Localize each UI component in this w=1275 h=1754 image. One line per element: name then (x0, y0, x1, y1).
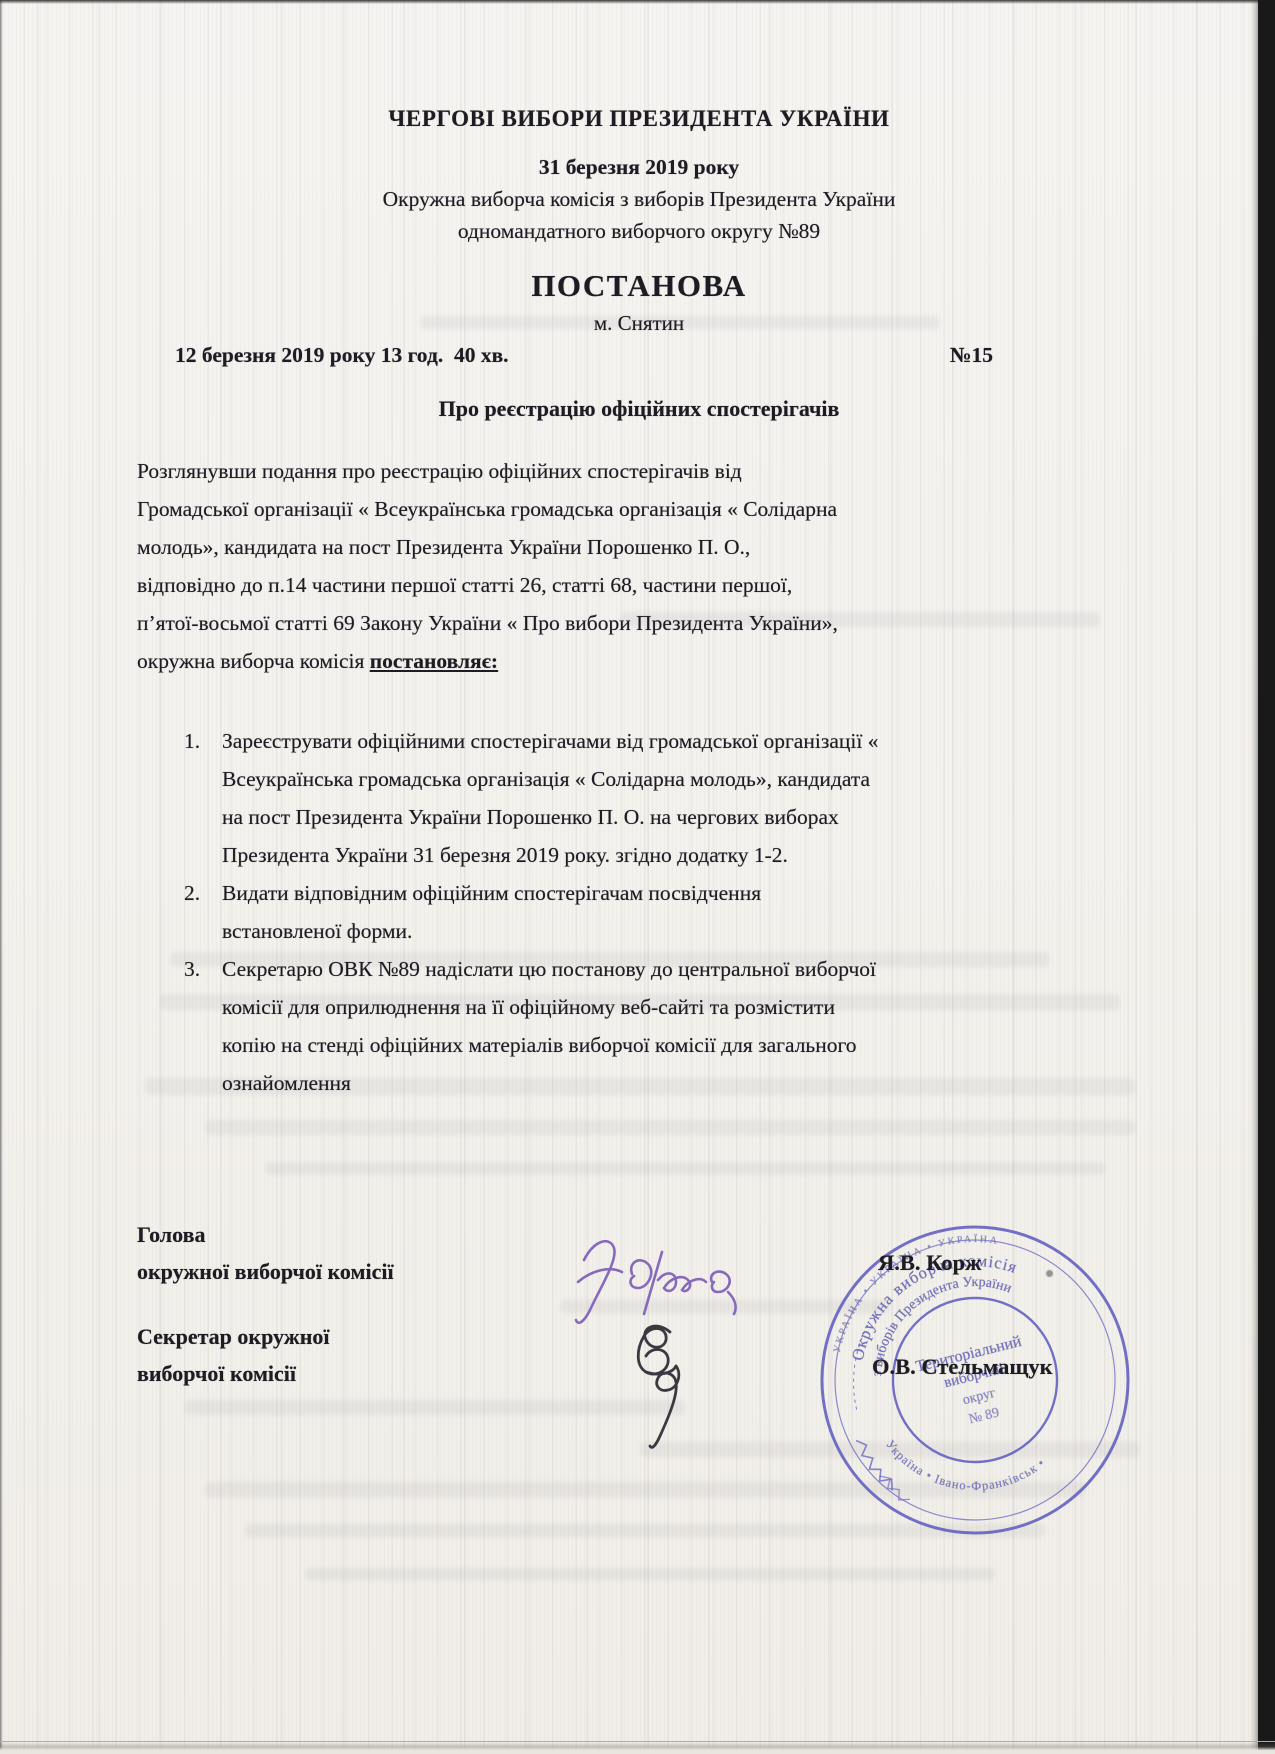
commission-round-stamp: УКРАЇНА • УКРАЇНА • УКРАЇНА Окружна вибо… (781, 1186, 1169, 1574)
resolution-item-2: Видати відповідним офіційним спостерігач… (222, 874, 1141, 950)
svg-text:Україна • Івано-Франківськ •: Україна • Івано-Франківськ • (882, 1403, 1051, 1515)
secretary-name: О.В. Стельмащук (872, 1354, 1053, 1380)
preamble-paragraph: Розглянувши подання про реєстрацію офіці… (137, 452, 1141, 680)
chairman-name: Я.В. Корж (878, 1250, 981, 1276)
chairman-role-label: Голова окружної виборчої комісії (137, 1216, 394, 1290)
bleedthrough-line (185, 1400, 685, 1415)
stamp-center-line4: № 89 (967, 1405, 1001, 1427)
election-date: 31 березня 2019 року (137, 155, 1141, 180)
document-body: Розглянувши подання про реєстрацію офіці… (137, 452, 1141, 1102)
district-number: одномандатного виборчого округу №89 (137, 219, 1141, 244)
ink-speck (1046, 1270, 1053, 1277)
scanned-document-page: УКРАЇНА • УКРАЇНА • УКРАЇНА Окружна вибо… (0, 0, 1275, 1754)
city: м. Снятин (137, 311, 1141, 336)
scan-edge-bottom (0, 1741, 1275, 1754)
stamp-ring-text-bottom: Україна • Івано-Франківськ • (882, 1403, 1051, 1515)
bleedthrough-line (265, 1162, 1105, 1175)
resolution-list: Зареєструвати офіційними спостерігачами … (137, 722, 1141, 1102)
document-title: ЧЕРГОВІ ВИБОРИ ПРЕЗИДЕНТА УКРАЇНИ (137, 106, 1141, 132)
document-subject: Про реєстрацію офіційних спостерігачів (137, 396, 1141, 422)
document-number: №15 (950, 343, 993, 368)
date-and-number-row: 12 березня 2019 року 13 год. 40 хв. №15 (137, 343, 1141, 368)
document-type: ПОСТАНОВА (137, 268, 1141, 304)
preamble-text: Розглянувши подання про реєстрацію офіці… (137, 459, 838, 673)
resolution-item-1: Зареєструвати офіційними спостерігачами … (222, 722, 1141, 874)
secretary-role-label: Секретар окружної виборчої комісії (137, 1318, 329, 1392)
resolve-word: постановляє: (370, 649, 498, 673)
document-datetime: 12 березня 2019 року 13 год. 40 хв. (175, 343, 509, 368)
scan-edge-left (0, 0, 3, 1754)
secretary-signature (612, 1318, 722, 1458)
bleedthrough-line (205, 1120, 1135, 1135)
stamp-center-line3: округ (961, 1386, 997, 1409)
scan-edge-top (0, 0, 1275, 4)
commission-name: Окружна виборча комісія з виборів Презид… (137, 187, 1141, 212)
bleedthrough-line (305, 1568, 995, 1580)
scan-edge-right (1258, 0, 1275, 1754)
resolution-item-3: Секретарю ОВК №89 надіслати цю постанову… (222, 950, 1141, 1102)
